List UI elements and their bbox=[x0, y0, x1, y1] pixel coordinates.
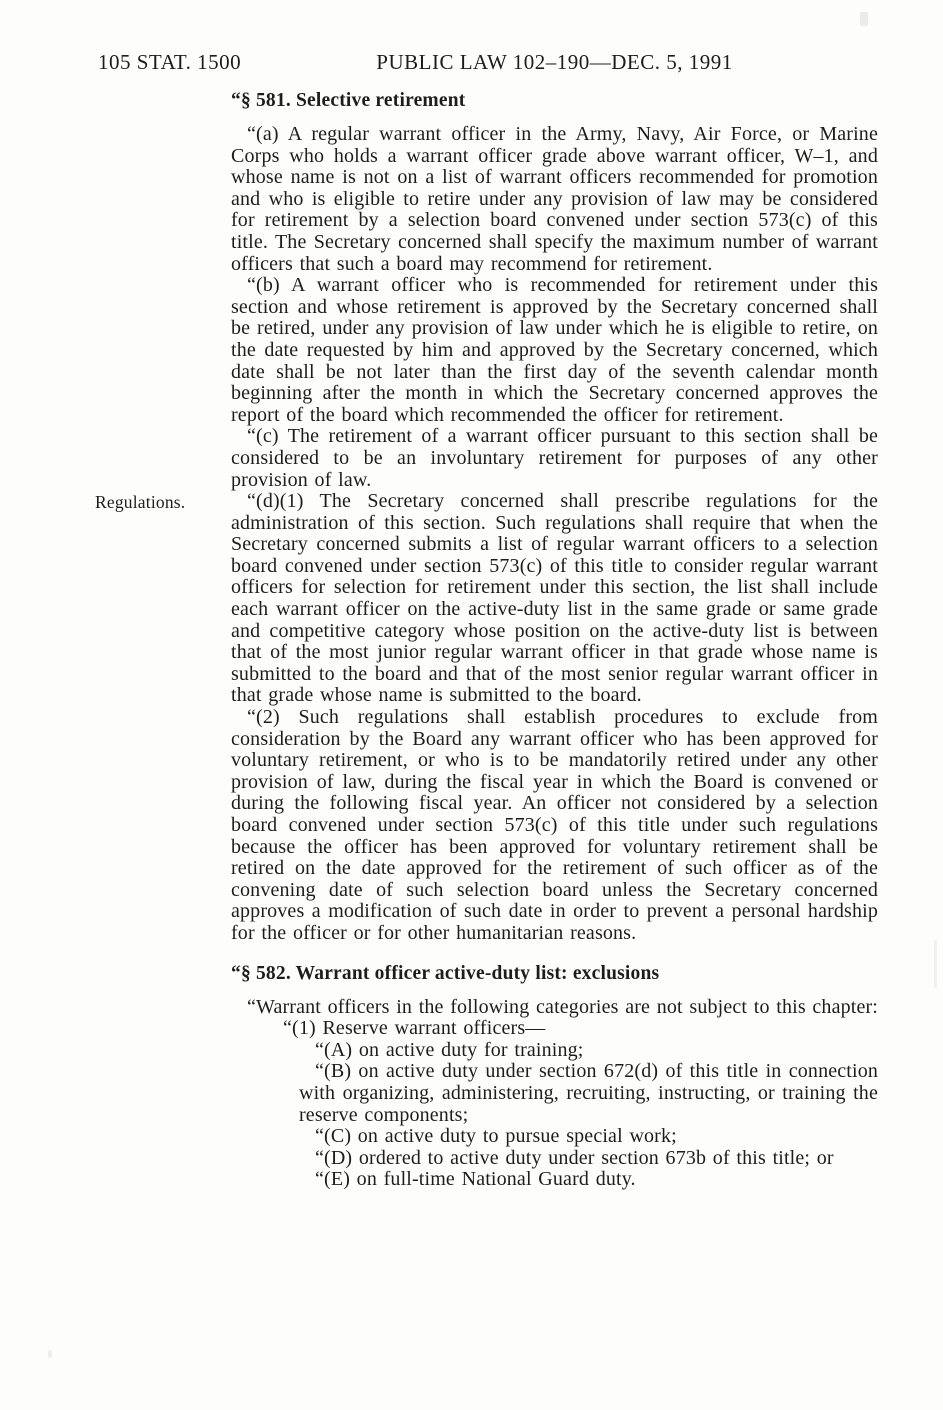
stat-page-number: 105 STAT. 1500 bbox=[98, 50, 241, 75]
margin-note-regulations: Regulations. bbox=[95, 492, 225, 512]
sub-item-D: “(D) ordered to active duty under sectio… bbox=[231, 1148, 878, 1170]
paragraph-581-b: “(b) A warrant officer who is recommende… bbox=[231, 275, 878, 426]
scan-artifact bbox=[860, 12, 868, 26]
paragraph-581-a: “(a) A regular warrant officer in the Ar… bbox=[231, 124, 878, 275]
running-head: 105 STAT. 1500 PUBLIC LAW 102–190—DEC. 5… bbox=[0, 50, 943, 80]
sub-item-B: “(B) on active duty under section 672(d)… bbox=[231, 1061, 878, 1126]
sub-item-A: “(A) on active duty for training; bbox=[231, 1040, 878, 1062]
sub-item-E: “(E) on full-time National Guard duty. bbox=[231, 1169, 878, 1191]
scan-artifact bbox=[48, 1350, 52, 1358]
paragraph-581-d2: “(2) Such regulations shall establish pr… bbox=[231, 707, 878, 945]
scan-artifact bbox=[934, 940, 937, 988]
statute-page: 105 STAT. 1500 PUBLIC LAW 102–190—DEC. 5… bbox=[0, 0, 943, 1410]
public-law-title: PUBLIC LAW 102–190—DEC. 5, 1991 bbox=[231, 50, 878, 75]
paragraph-582-intro: “Warrant officers in the following categ… bbox=[231, 997, 878, 1019]
paragraph-581-c: “(c) The retirement of a warrant officer… bbox=[231, 426, 878, 491]
section-582-heading: “§ 582. Warrant officer active-duty list… bbox=[231, 963, 878, 985]
sub-item-C: “(C) on active duty to pursue special wo… bbox=[231, 1126, 878, 1148]
statute-text-column: “§ 581. Selective retirement “(a) A regu… bbox=[231, 90, 878, 1191]
paragraph-581-d1-wrap: Regulations. “(d)(1) The Secretary conce… bbox=[231, 491, 878, 707]
list-item-1-reserve-warrant-officers: “(1) Reserve warrant officers— bbox=[231, 1018, 878, 1040]
section-581-heading: “§ 581. Selective retirement bbox=[231, 90, 878, 112]
paragraph-581-d1: “(d)(1) The Secretary concerned shall pr… bbox=[231, 491, 878, 707]
